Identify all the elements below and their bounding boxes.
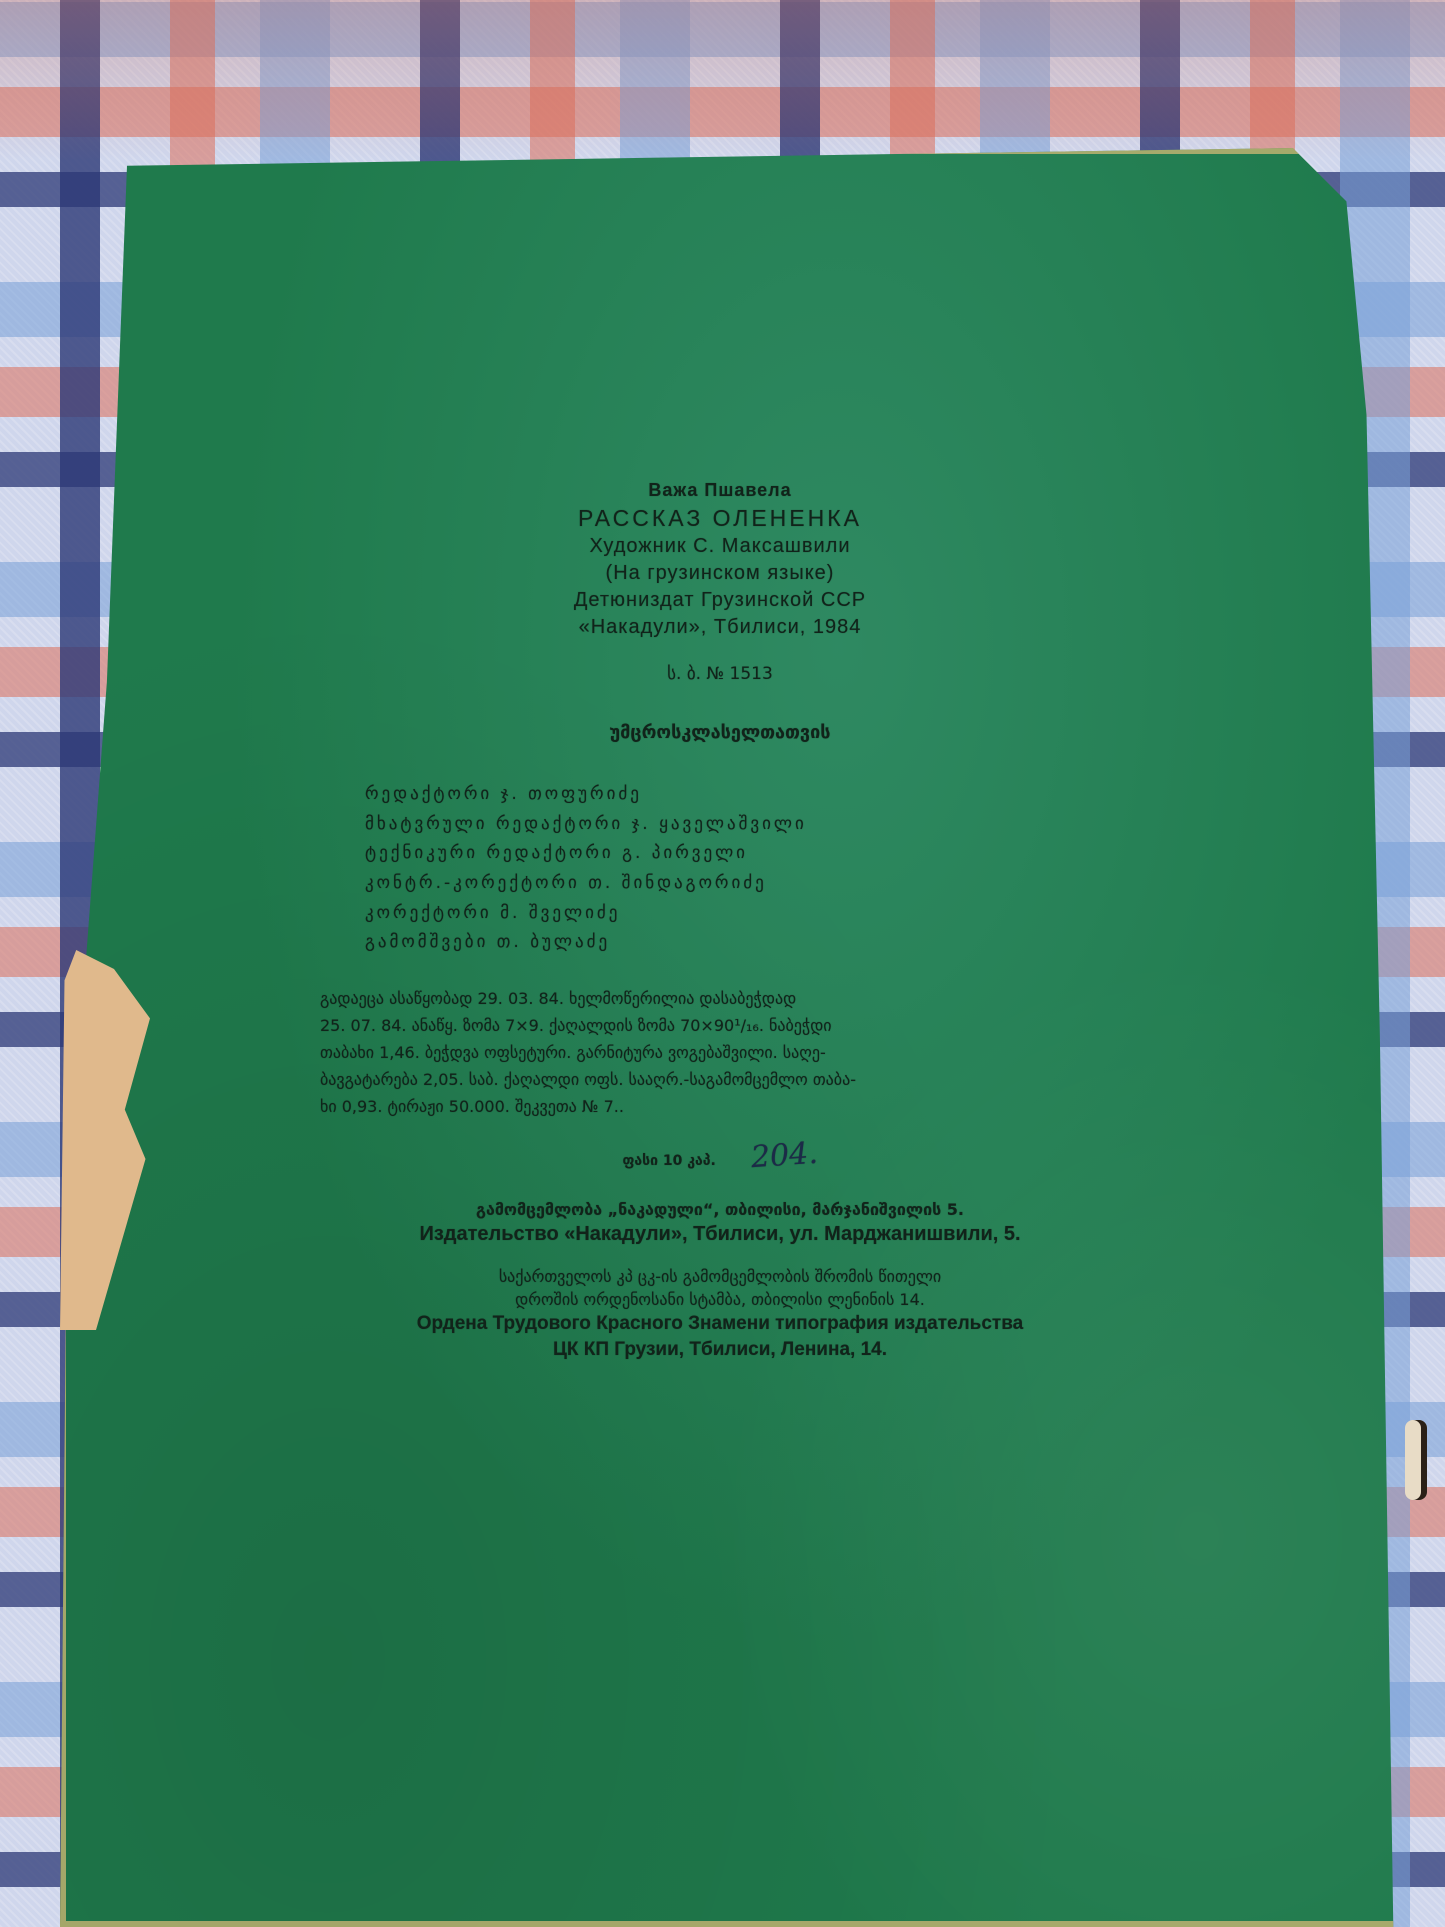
spec-line: გადაეცა ასაწყობად 29. 03. 84. ხელმოწერილ… (320, 985, 1140, 1012)
publisher-address: გამომცემლობა „ნაკადული“, თბილისი, მარჯან… (280, 1201, 1160, 1246)
spec-line: ბავგატარება 2,05. საბ. ქაღალდი ოფს. სააღ… (320, 1066, 1140, 1093)
publisher-russian: Издательство «Накадули», Тбилиси, ул. Ма… (280, 1223, 1160, 1246)
staff-line: კონტრ.-კორექტორი თ. შინდაგორიძე (365, 874, 1160, 894)
staff-line: კორექტორი მ. შველიძე (365, 904, 1160, 924)
illustrator-credit: Художник С. Максашвили (280, 535, 1160, 558)
spec-line: ხი 0,93. ტირაჟი 50.000. შეკვეთა № 7.. (320, 1093, 1140, 1120)
staff-line: გამომშვები თ. ბულაძე (365, 933, 1160, 953)
right-edge-tear (1405, 1420, 1427, 1500)
catalog-code: ს. ბ. № 1513 (280, 665, 1160, 685)
print-specifications: გადაეცა ასაწყობად 29. 03. 84. ხელმოწერილ… (320, 985, 1140, 1121)
colophon: Важа Пшавела РАССКАЗ ОЛЕНЕНКА Художник С… (280, 480, 1160, 1361)
spec-line: 25. 07. 84. ანაწყ. ზომა 7×9. ქაღალდის ზო… (320, 1012, 1140, 1039)
staff-line: რედაქტორი ჯ. თოფურიძე (365, 785, 1160, 805)
price-line: ფასი 10 კაპ. 204. (280, 1139, 1160, 1174)
staff-line: ტექნიკური რედაქტორი გ. პირველი (365, 844, 1160, 864)
city-year: «Накадули», Тбилиси, 1984 (280, 616, 1160, 639)
printer-georgian-line: საქართველოს კპ ცკ-ის გამომცემლობის შრომი… (280, 1268, 1160, 1286)
handwritten-note: 204. (750, 1136, 819, 1175)
language-note: (На грузинском языке) (280, 562, 1160, 585)
price: ფასი 10 კაპ. (622, 1153, 715, 1169)
spec-line: თაბახი 1,46. ბეჭდვა ოფსეტური. გარნიტურა … (320, 1039, 1140, 1066)
printer-info: საქართველოს კპ ცკ-ის გამომცემლობის შრომი… (280, 1268, 1160, 1360)
plaid-tablecloth (0, 0, 1445, 160)
publisher-line: Детюниздат Грузинской ССР (280, 589, 1160, 612)
printer-russian-line: ЦК КП Грузии, Тбилиси, Ленина, 14. (280, 1339, 1160, 1361)
publisher-georgian: გამომცემლობა „ნაკადული“, თბილისი, მარჯან… (280, 1201, 1160, 1219)
staff-credits: რედაქტორი ჯ. თოფურიძე მხატვრული რედაქტორ… (365, 785, 1160, 952)
printer-georgian-line: დროშის ორდენოსანი სტამბა, თბილისი ლენინი… (280, 1291, 1160, 1309)
audience-label: უმცროსკლასელთათვის (280, 723, 1160, 744)
book-title: РАССКАЗ ОЛЕНЕНКА (280, 505, 1160, 531)
printer-russian-line: Ордена Трудового Красного Знамени типогр… (280, 1313, 1160, 1335)
russian-header: Важа Пшавела РАССКАЗ ОЛЕНЕНКА Художник С… (280, 480, 1160, 639)
staff-line: მხატვრული რედაქტორი ჯ. ყაველაშვილი (365, 815, 1160, 835)
author-name: Важа Пшавела (280, 480, 1160, 501)
